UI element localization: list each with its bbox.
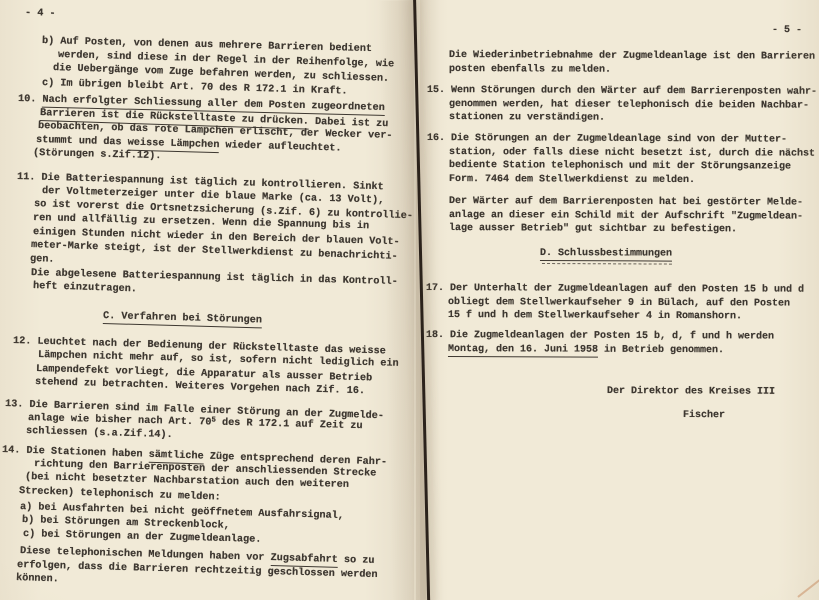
item-16: 16. Die Störungen an der Zugmeldeanlage … [427,133,787,147]
text-line: obliegt dem Stellwerkaufseher 9 in Bülac… [448,297,790,310]
item-17: 17. Der Unterhalt der Zugmeldeanlagen au… [426,283,804,297]
item-15: 15. Wenn Störungen durch den Wärter auf … [427,85,817,99]
page-right: - 5 - Die Wiederinbetriebnahme der Zugme… [420,0,819,600]
text-line: posten ebenfalls zu melden. [449,64,611,77]
section-heading-d: D. Schlussbestimmungen [540,248,672,261]
text-line: genommen werden, hat dieser telephonisch… [449,99,809,113]
page-number-left: - 4 - [25,8,56,21]
text-line: Der Wärter auf dem Barrierenposten hat b… [449,196,803,210]
signature-name: Fischer [683,410,725,422]
text-line: schliessen (s.a.Zif.14). [26,426,173,442]
scanned-document: - 4 - b) Auf Posten, von denen aus mehre… [0,0,819,600]
text-line: heft einzutragen. [33,281,137,296]
page-left: - 4 - b) Auf Posten, von denen aus mehre… [0,0,414,600]
text-line: lage ausser Betrieb" gut sichtbar zu bef… [449,223,737,236]
page-number-right: - 5 - [772,25,802,37]
text-line: (Störungen s.Zif.12). [33,148,162,163]
text-line: können. [16,573,59,586]
text-line: bediente Station telephonisch und mit de… [449,160,791,173]
text-line: anlage an dieser ein Schild mit der Aufs… [449,210,803,224]
text-line: Form. 7464 dem Stellwerkdienst zu melden… [449,174,695,187]
text-line: gen. [30,254,55,267]
section-heading-c: C. Verfahren bei Störungen [103,311,262,327]
text-line: station, oder falls diese nicht besetzt … [449,147,815,161]
signature-title: Der Direktor des Kreises III [607,386,775,399]
text-line: Montag, den 16. Juni 1958 in Betrieb gen… [448,344,724,357]
item-18: 18. Die Zugmeldeanlagen der Posten 15 b,… [426,330,774,344]
text-line: stationen zu verständigen. [449,112,605,125]
text-line: Strecken) telephonisch zu melden: [19,486,221,505]
text-line: 15 f und h dem Stellwerkaufseher 4 in Ro… [448,310,742,323]
text-line: Die Wiederinbetriebnahme der Zugmeldeanl… [449,50,815,64]
